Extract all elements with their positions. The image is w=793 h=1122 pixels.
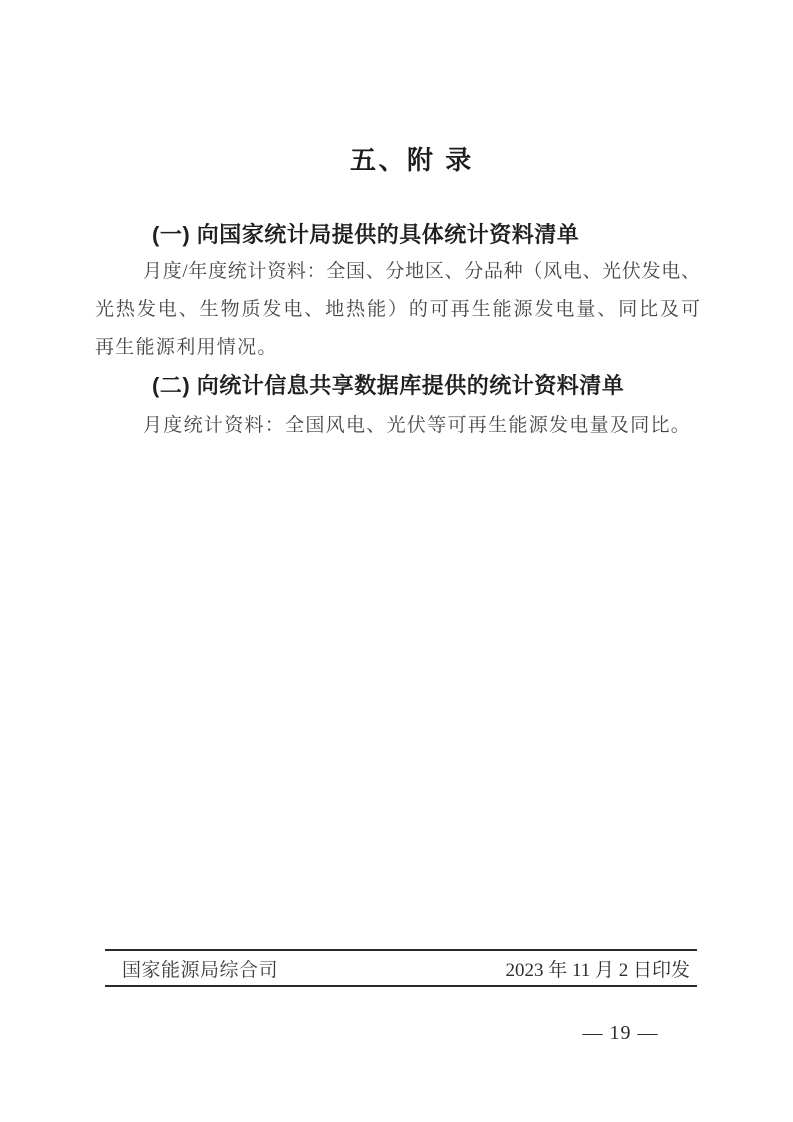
paragraph-1: 月度/年度统计资料：全国、分地区、分品种（风电、光伏发电、 光热发电、生物质发电… <box>95 253 700 367</box>
paragraph-line: 再生能源利用情况。 <box>95 329 700 367</box>
footer-issuer: 国家能源局综合司 <box>122 955 278 982</box>
section-heading-1: (一) 向国家统计局提供的具体统计资料清单 <box>95 220 735 250</box>
footer-print-date: 2023 年 11 月 2 日印发 <box>505 955 690 982</box>
paragraph-2: 月度统计资料：全国风电、光伏等可再生能源发电量及同比。 <box>95 407 700 445</box>
document-page: 五、附 录 (一) 向国家统计局提供的具体统计资料清单 月度/年度统计资料：全国… <box>0 0 793 1122</box>
paragraph-line: 月度统计资料：全国风电、光伏等可再生能源发电量及同比。 <box>95 407 700 445</box>
footer-colophon: 国家能源局综合司 2023 年 11 月 2 日印发 <box>105 949 697 987</box>
page-title: 五、附 录 <box>350 144 474 176</box>
paragraph-line: 月度/年度统计资料：全国、分地区、分品种（风电、光伏发电、 <box>95 253 700 291</box>
section-heading-2: (二) 向统计信息共享数据库提供的统计资料清单 <box>95 371 735 401</box>
paragraph-line: 光热发电、生物质发电、地热能）的可再生能源发电量、同比及可 <box>95 291 700 329</box>
page-number: — 19 — <box>558 1021 683 1045</box>
